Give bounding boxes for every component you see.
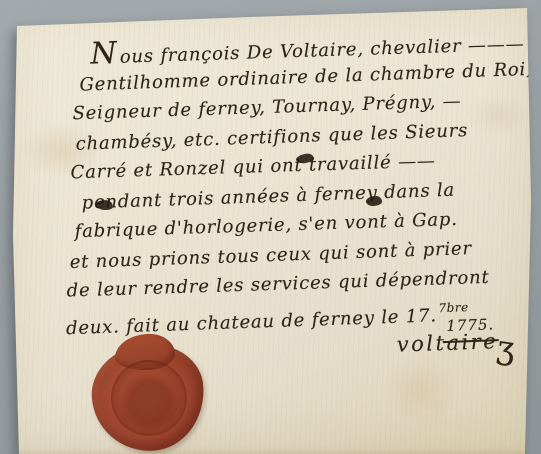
manuscript-text-block: Nous françois De Voltaire, chevalier ———… — [56, 25, 541, 372]
signature-flourish: ʒ — [495, 333, 519, 365]
manuscript-paper: Nous françois De Voltaire, chevalier ———… — [0, 0, 541, 454]
photo-background: Nous françois De Voltaire, chevalier ———… — [0, 0, 541, 454]
date-year-underlined: 1775. — [442, 310, 499, 343]
paper-shadow: Nous françois De Voltaire, chevalier ———… — [0, 0, 541, 454]
